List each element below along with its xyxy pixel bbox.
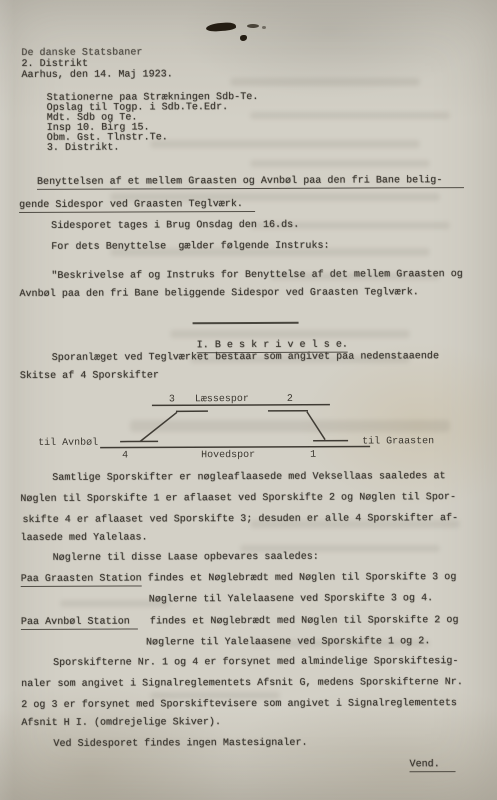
body-line: Sporanlæget ved Teglværket bestaar som a… [52, 351, 439, 365]
subject-line-1: Benyttelsen af et mellem Graasten og Avn… [37, 175, 464, 189]
body-line: laasede med Yalelaas. [20, 532, 147, 545]
switch-1-label: 1 [310, 450, 316, 461]
distribution-item: 3. Distrikt. [47, 143, 120, 155]
station-text: findes et Nøglebrædt med Nøglen til Spor… [138, 615, 459, 627]
typewritten-content: De danske Statsbaner 2. Distrikt Aarhus,… [0, 0, 497, 800]
station-name: Paa Avnbøl Station [21, 616, 138, 630]
body-line: Samtlige Sporskifter er nøgleaflaasede m… [52, 471, 445, 485]
body-line: Nøglerne til disse Laase opbevares saale… [53, 552, 319, 565]
intro-line: Sidesporet tages i Brug Onsdag den 16.ds… [51, 220, 299, 233]
section-heading: I. B e s k r i v e l s e. [197, 340, 348, 353]
page-turn-text: Vend. [409, 759, 455, 772]
station-name: Paa Graasten Station [21, 573, 142, 587]
body-line: Skitse af 4 Sporskifter [20, 370, 159, 383]
intro-line: Avnbøl paa den fri Bane beliggende Sides… [19, 287, 418, 301]
intro-line: For dets Benyttelse gælder følgende Inst… [51, 241, 329, 254]
subject-text: gende Sidespor ved Graasten Teglværk. [19, 199, 255, 213]
station-entry-avnboel: Paa Avnbøl Station findes et Nøglebrædt … [21, 615, 459, 629]
switch-3-label: 3 [169, 394, 175, 405]
station-entry-continuation: Nøglerne til Yalelaasene ved Sporskifte … [149, 593, 433, 606]
direction-avnboel-label: til Avnbøl [38, 437, 98, 449]
siding-label: Læssespor [195, 394, 249, 405]
body-line: naler som angivet i Signalreglementets A… [21, 677, 463, 691]
body-line: 2 og 3 er forsynet med Sporskiftevisere … [21, 698, 457, 712]
body-line: skifte 4 er aflaaset ved Sporskifte 3; d… [22, 513, 458, 527]
subject-line-2: gende Sidespor ved Graasten Teglværk. [19, 199, 255, 212]
station-entry-graasten: Paa Graasten Station findes et Nøglebræd… [21, 572, 457, 586]
main-track-label: Hovedspor [201, 449, 255, 461]
document-page: De danske Statsbaner 2. Distrikt Aarhus,… [0, 0, 497, 800]
body-line: Afsnit H I. (omdrejelige Skiver). [21, 717, 221, 730]
body-line: Nøglen til Sporskifte 1 er aflaaset ved … [20, 492, 456, 506]
page-turn-note: Vend. [409, 759, 455, 771]
section-divider [193, 322, 299, 324]
intro-line: "Beskrivelse af og Instruks for Benyttel… [51, 269, 463, 283]
main-track-line [100, 446, 370, 447]
track-diagram-svg: 3 Læssespor 2 til Avnbøl til Graasten 4 … [0, 384, 497, 466]
subject-text: Benyttelsen af et mellem Graasten og Avn… [37, 175, 464, 190]
dateline: Aarhus, den 14. Maj 1923. [21, 69, 172, 82]
switch-2-label: 2 [287, 394, 293, 405]
station-text: findes et Nøglebrædt med Nøglen til Spor… [142, 572, 457, 584]
station-entry-continuation: Nøglerne til Yalelaasene ved Sporskifte … [146, 636, 430, 649]
track-diagram: 3 Læssespor 2 til Avnbøl til Graasten 4 … [0, 384, 497, 466]
left-turnout-line [140, 412, 177, 441]
switch-4-label: 4 [122, 451, 128, 462]
direction-graasten-label: til Graasten [362, 435, 434, 447]
body-line: Sporskifterne Nr. 1 og 4 er forsynet med… [53, 656, 458, 670]
body-line: Ved Sidesporet findes ingen Mastesignale… [53, 738, 307, 751]
right-turnout-line [307, 412, 325, 440]
